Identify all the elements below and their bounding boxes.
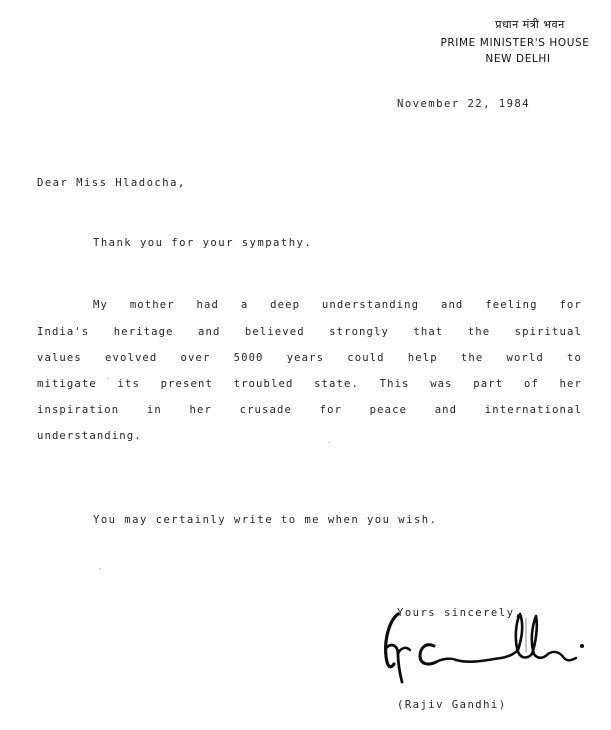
word: world bbox=[506, 351, 543, 365]
word: her bbox=[190, 403, 212, 417]
letterhead-city: NEW DELHI bbox=[436, 51, 600, 67]
paragraph-2-line: understanding. bbox=[37, 429, 582, 443]
paragraph-2-line: India'sheritageandbelievedstronglythatth… bbox=[37, 325, 582, 339]
word: and bbox=[198, 325, 220, 339]
paragraph-2-line: valuesevolvedover5000yearscouldhelpthewo… bbox=[37, 351, 582, 365]
paragraph-3: You may certainly write to me when you w… bbox=[93, 513, 437, 527]
word: for bbox=[320, 403, 342, 417]
word: international bbox=[485, 403, 582, 417]
word: spiritual bbox=[515, 325, 582, 339]
word: to bbox=[567, 351, 582, 365]
word: of bbox=[524, 377, 539, 391]
letter-date: November 22, 1984 bbox=[397, 97, 530, 111]
word: feeling bbox=[485, 298, 537, 312]
word: heritage bbox=[114, 325, 174, 339]
paragraph-2-line: Mymotherhadadeepunderstandingandfeelingf… bbox=[93, 298, 582, 312]
word: a bbox=[241, 298, 248, 312]
letterhead: प्रधान मंत्री भवन PRIME MINISTER'S HOUSE… bbox=[430, 18, 600, 67]
word: India's bbox=[37, 325, 89, 339]
word: years bbox=[287, 351, 324, 365]
word: state. bbox=[314, 377, 359, 391]
word: This bbox=[380, 377, 410, 391]
word: values bbox=[37, 351, 82, 365]
paragraph-2-line: inspirationinhercrusadeforpeaceandintern… bbox=[37, 403, 582, 417]
word: strongly bbox=[329, 325, 389, 339]
word: was bbox=[430, 377, 452, 391]
paragraph-1: Thank you for your sympathy. bbox=[93, 236, 312, 250]
word: peace bbox=[370, 403, 407, 417]
paragraph-2-line: mitigateitspresenttroubledstate.Thiswasp… bbox=[37, 377, 582, 391]
word: believed bbox=[245, 325, 305, 339]
paper-speck bbox=[107, 378, 108, 379]
word: inspiration bbox=[37, 403, 119, 417]
word: her bbox=[559, 377, 581, 391]
signature-icon bbox=[376, 608, 586, 688]
word: that bbox=[413, 325, 443, 339]
word: could bbox=[347, 351, 384, 365]
word: understanding bbox=[322, 298, 419, 312]
word: crusade bbox=[240, 403, 292, 417]
word: and bbox=[435, 403, 457, 417]
signatory-name: (Rajiv Gandhi) bbox=[397, 698, 507, 712]
paper-speck bbox=[328, 442, 329, 443]
paper-speck bbox=[100, 568, 101, 569]
word: its bbox=[117, 377, 139, 391]
word: deep bbox=[270, 298, 300, 312]
salutation: Dear Miss Hladocha, bbox=[37, 176, 186, 190]
word: 5000 bbox=[234, 351, 264, 365]
letterhead-house: PRIME MINISTER'S HOUSE bbox=[430, 35, 600, 51]
word: the bbox=[461, 351, 483, 365]
word: the bbox=[468, 325, 490, 339]
word: My bbox=[93, 298, 108, 312]
word: present bbox=[161, 377, 213, 391]
word: in bbox=[147, 403, 162, 417]
word: troubled bbox=[234, 377, 294, 391]
word: evolved bbox=[105, 351, 157, 365]
letter-page: प्रधान मंत्री भवन PRIME MINISTER'S HOUSE… bbox=[0, 0, 611, 730]
word: and bbox=[441, 298, 463, 312]
word: part bbox=[473, 377, 503, 391]
letterhead-hindi: प्रधान मंत्री भवन bbox=[460, 18, 600, 32]
word: mother bbox=[130, 298, 175, 312]
word: mitigate bbox=[37, 377, 97, 391]
word: over bbox=[181, 351, 211, 365]
word: help bbox=[408, 351, 438, 365]
word: for bbox=[559, 298, 581, 312]
word: had bbox=[197, 298, 219, 312]
